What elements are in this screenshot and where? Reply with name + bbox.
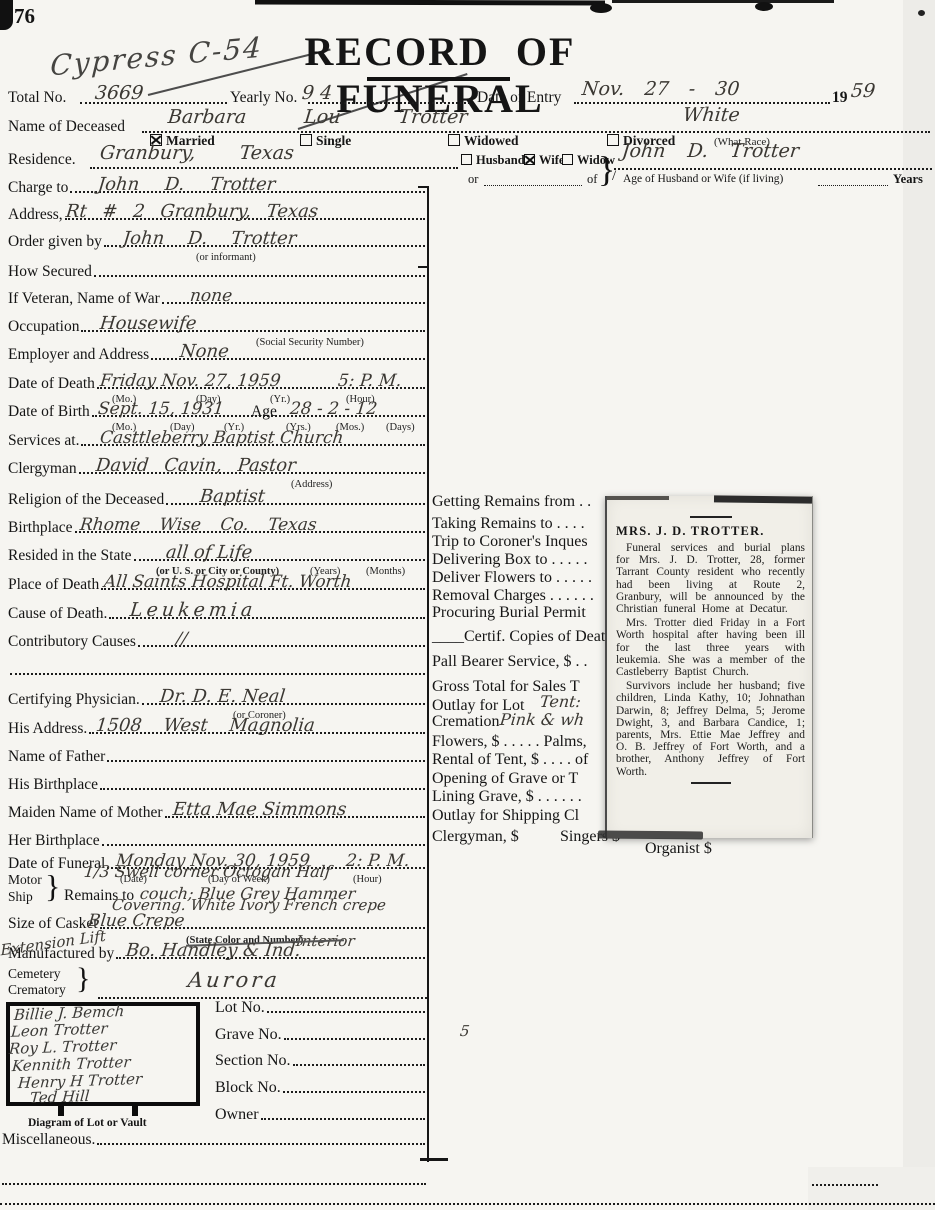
handwritten-hour: 5: P. M. bbox=[337, 371, 403, 391]
field-name-of-father: Name of Father bbox=[8, 745, 427, 766]
clipping-torn-edge bbox=[714, 495, 812, 503]
dotted-line bbox=[293, 1064, 425, 1066]
dotted-line bbox=[818, 185, 888, 186]
midcol-item: Procuring Burial Permit bbox=[432, 604, 586, 622]
field-physician-address: His Address. 1508 West Magnolia bbox=[8, 717, 427, 738]
handwritten-value: Casttleberry Baptist Church bbox=[99, 428, 345, 448]
field-label: Employer and Address bbox=[8, 345, 149, 364]
midcol-item: Rental of Tent, $ . . . . of bbox=[432, 751, 588, 769]
brace: } bbox=[76, 962, 90, 996]
residence-value: Granbury, Texas bbox=[99, 142, 295, 164]
handwritten-value: 1508 West Magnolia bbox=[95, 715, 316, 736]
midcol-item: Removal Charges . . . . . . bbox=[432, 587, 594, 605]
of-label: of bbox=[587, 172, 597, 187]
checkbox-single: Single bbox=[300, 133, 351, 149]
handwritten-value: John D. Trotter bbox=[122, 228, 298, 249]
field-label: Date of Birth bbox=[8, 402, 90, 421]
residence-label: Residence. bbox=[8, 150, 76, 169]
dotted-line bbox=[484, 185, 582, 186]
midcol-item: ____Certif. Copies of Deat bbox=[432, 628, 605, 646]
casket-covering-handwriting: Covering. White Ivory French crepe bbox=[111, 896, 387, 914]
yearly-no-value: 94 bbox=[301, 82, 339, 104]
field-employer: Employer and Address None bbox=[8, 343, 427, 364]
scan-blob bbox=[755, 2, 773, 11]
clipping-paragraph: Mrs. Trotter died Friday in a Fort Worth… bbox=[616, 617, 805, 678]
checkbox-label: Wife bbox=[539, 153, 564, 167]
date-of-entry-value: Nov. 27 - 30 bbox=[581, 78, 741, 100]
dotted-line bbox=[142, 131, 930, 133]
midcol-item: Lining Grave, $ . . . . . . bbox=[432, 788, 582, 806]
handwritten-value: Sept. 15, 1931 bbox=[97, 399, 225, 419]
field-label: Lot No. bbox=[215, 998, 265, 1017]
field-label: Maiden Name of Mother bbox=[8, 803, 163, 822]
rule-foot bbox=[420, 1158, 448, 1161]
column-divider bbox=[427, 186, 429, 1162]
checkbox-husband: Husband bbox=[461, 153, 525, 168]
field-her-birthplace: Her Birthplace bbox=[8, 829, 427, 850]
field-label: Services at. bbox=[8, 431, 79, 450]
handwritten-value: // bbox=[175, 629, 189, 649]
field-contributory-causes: Contributory Causes // bbox=[8, 630, 427, 651]
diagram-leg bbox=[132, 1102, 138, 1116]
checkbox-empty-icon bbox=[461, 154, 472, 165]
field-order-given-by: Order given by John D. Trotter (or infor… bbox=[8, 230, 427, 251]
dotted-line bbox=[107, 760, 425, 762]
clipping-headline: MRS. J. D. TROTTER. bbox=[616, 524, 805, 539]
scan-top-strip bbox=[612, 0, 834, 3]
midcol-item: Pall Bearer Service, $ . . bbox=[432, 653, 588, 671]
age-label: Age bbox=[251, 402, 277, 421]
dotted-line bbox=[102, 844, 425, 846]
dotted-line bbox=[284, 1038, 425, 1040]
race-value: White bbox=[682, 104, 741, 126]
clipping-paragraph: Funeral services and burial plans for Mr… bbox=[616, 542, 805, 615]
or-label: or bbox=[468, 172, 478, 187]
pen-tick: / bbox=[612, 168, 616, 185]
ship-label: Ship bbox=[8, 889, 33, 905]
field-label: Her Birthplace bbox=[8, 831, 100, 850]
field-size-of-casket: Size of Casket Blue Crepe (State Color a… bbox=[8, 912, 427, 933]
dotted-line bbox=[614, 168, 932, 170]
name-of-deceased-label: Name of Deceased bbox=[8, 117, 125, 136]
cemetery-label: Cemetery bbox=[8, 966, 60, 982]
scan-smudge bbox=[598, 831, 703, 840]
crematory-label: Crematory bbox=[8, 982, 66, 998]
motor-label: Motor bbox=[8, 872, 42, 888]
page-number: 76 bbox=[14, 4, 35, 29]
field-maiden-name-of-mother: Maiden Name of Mother Etta Mae Simmons bbox=[8, 801, 427, 822]
field-section-no: Section No. bbox=[215, 1049, 427, 1070]
field-clergyman: Clergyman David Cavin, Pastor (Address) bbox=[8, 457, 427, 478]
checkbox-label: Widowed bbox=[464, 133, 519, 148]
field-address: Address, Rt # 2 Granbury, Texas bbox=[8, 203, 427, 224]
checkbox-checked-icon bbox=[524, 154, 535, 165]
dotted-line bbox=[267, 1011, 425, 1013]
clipping-rule bbox=[691, 782, 731, 784]
grave-no-mark: 5 bbox=[459, 1022, 470, 1040]
field-label: Section No. bbox=[215, 1051, 291, 1070]
handwritten-hour: 2: P. M. bbox=[345, 851, 411, 871]
field-label: Block No. bbox=[215, 1078, 281, 1097]
lot-handwriting: Tent: bbox=[539, 692, 582, 711]
checkbox-wife: Wife bbox=[524, 153, 564, 168]
checkbox-empty-icon bbox=[562, 154, 573, 165]
midcol-item: Taking Remains to . . . . bbox=[432, 515, 585, 533]
field-occupation: Occupation Housewife (Social Security Nu… bbox=[8, 315, 427, 336]
dotted-line bbox=[0, 1203, 935, 1205]
dotted-line bbox=[90, 167, 458, 169]
clipping-rule bbox=[690, 516, 732, 518]
handwritten-value: Baptist bbox=[199, 486, 266, 507]
field-label: Charge to bbox=[8, 178, 68, 197]
field-label: Name of Father bbox=[8, 747, 105, 766]
year-prefix: 19 bbox=[832, 88, 848, 107]
name-of-deceased-value: Barbara Lou Trotter bbox=[167, 106, 469, 128]
handwritten-value: Rhome Wise Co. Texas bbox=[79, 515, 318, 535]
scan-blob bbox=[590, 3, 612, 13]
handwritten-value: Etta Mae Simmons bbox=[172, 799, 348, 820]
clipping-content: MRS. J. D. TROTTER. Funeral services and… bbox=[607, 496, 812, 784]
diagram-name: Ted Hill bbox=[29, 1087, 90, 1107]
handwritten-value: Rt # 2 Granbury, Texas bbox=[65, 201, 319, 222]
age-of-spouse-label: Age of Husband or Wife (if living) bbox=[623, 173, 783, 185]
checkbox-label: Single bbox=[316, 133, 351, 148]
midcol-item: Opening of Grave or T bbox=[432, 770, 578, 788]
field-label: Religion of the Deceased bbox=[8, 490, 164, 509]
field-label: Resided in the State bbox=[8, 546, 132, 565]
field-label: How Secured bbox=[8, 262, 92, 281]
handwritten-value: David Cavin, Pastor bbox=[95, 455, 297, 476]
yearly-no-label: Yearly No. bbox=[230, 88, 297, 107]
field-label: Miscellaneous. bbox=[2, 1130, 95, 1149]
scan-speck bbox=[918, 10, 925, 16]
scan-top-strip bbox=[255, 0, 605, 5]
field-date-of-death: Date of Death Friday Nov. 27, 1959 5: P.… bbox=[8, 372, 427, 393]
field-label: Address, bbox=[8, 205, 63, 224]
checkbox-empty-icon bbox=[448, 134, 460, 146]
midcol-item: Flowers, $ . . . . . Palms, bbox=[432, 733, 587, 751]
handwritten-age: 28 - 2 - 12 bbox=[289, 399, 378, 419]
field-charge-to: Charge to John D. Trotter bbox=[8, 176, 427, 197]
field-grave-no: Grave No. bbox=[215, 1023, 427, 1044]
field-religion: Religion of the Deceased Baptist bbox=[8, 488, 427, 509]
brace: } bbox=[45, 868, 60, 905]
field-label: His Birthplace bbox=[8, 775, 98, 794]
spouse-name-value: John D. Trotter bbox=[621, 140, 800, 162]
field-label: Owner bbox=[215, 1105, 259, 1124]
handwritten-value: none bbox=[189, 286, 233, 306]
handwritten-value: Leukemia bbox=[129, 599, 258, 621]
handwritten-value: Housewife bbox=[99, 313, 198, 334]
midcol-item: Delivering Box to . . . . . bbox=[432, 551, 588, 569]
field-certifying-physician: Certifying Physician. Dr. D. E. Neal (or… bbox=[8, 688, 427, 709]
handwritten-value: all of Life bbox=[165, 542, 253, 563]
checkbox-empty-icon bbox=[300, 134, 312, 146]
field-label: Grave No. bbox=[215, 1025, 282, 1044]
checkbox-widowed: Widowed bbox=[448, 133, 519, 149]
midcol-item: Deliver Flowers to . . . . . bbox=[432, 569, 592, 587]
dotted-line bbox=[283, 1091, 425, 1093]
handwritten-value: None bbox=[179, 341, 230, 362]
total-no-value: 3669 bbox=[94, 82, 145, 104]
midcol-item: Getting Remains from . . bbox=[432, 493, 591, 511]
field-birthplace: Birthplace Rhome Wise Co. Texas bbox=[8, 516, 427, 537]
dotted-line bbox=[10, 673, 425, 675]
field-label: Certifying Physician. bbox=[8, 690, 140, 709]
field-label: Place of Death bbox=[8, 575, 99, 594]
field-owner: Owner bbox=[215, 1103, 427, 1124]
year-value: 59 bbox=[850, 80, 876, 102]
handwritten-value: Dr. D. E. Neal bbox=[159, 686, 286, 707]
midcol-fragment-organist: Organist $ bbox=[645, 840, 712, 858]
midcol-item: Outlay for Shipping Cl bbox=[432, 807, 579, 825]
dotted-line bbox=[2, 1183, 426, 1185]
funeral-record-scan: 76 Cypress C-54 RECORD OF FUNERAL Total … bbox=[0, 0, 935, 1210]
checkbox-label: Husband bbox=[476, 153, 525, 167]
field-label: Clergyman bbox=[8, 459, 77, 478]
field-sublabel: (Hour) bbox=[353, 874, 382, 885]
field-label: Date of Death bbox=[8, 374, 95, 393]
field-label: Occupation bbox=[8, 317, 79, 336]
field-date-of-birth: Date of Birth Sept. 15, 1931 Age 28 - 2 … bbox=[8, 400, 427, 421]
field-how-secured: How Secured bbox=[8, 260, 427, 281]
field-services-at: Services at. Casttleberry Baptist Church bbox=[8, 429, 427, 450]
field-label: Contributory Causes bbox=[8, 632, 136, 651]
field-label: Birthplace bbox=[8, 518, 73, 537]
field-his-birthplace: His Birthplace bbox=[8, 773, 427, 794]
handwritten-value: All Saints Hospital Ft. Worth bbox=[103, 572, 353, 592]
cemetery-value: Aurora bbox=[187, 968, 281, 992]
field-miscellaneous: Miscellaneous. bbox=[2, 1128, 427, 1149]
field-lot-no: Lot No. bbox=[215, 996, 427, 1017]
field-label: His Address. bbox=[8, 719, 87, 738]
newspaper-clipping: MRS. J. D. TROTTER. Funeral services and… bbox=[605, 496, 813, 838]
field-label: If Veteran, Name of War bbox=[8, 289, 160, 308]
years-label: Years bbox=[893, 172, 923, 187]
cremation-handwriting: Pink & wh bbox=[499, 710, 585, 729]
dotted-line bbox=[100, 788, 425, 790]
scan-corner-mark bbox=[0, 0, 13, 30]
dotted-line bbox=[94, 275, 425, 277]
midcol-fragment-clergyman: Clergyman, $ bbox=[432, 828, 519, 846]
dotted-line bbox=[261, 1118, 425, 1120]
clipping-torn-edge bbox=[607, 496, 669, 500]
field-label: Cause of Death. bbox=[8, 604, 107, 623]
date-of-entry-label: Date of Entry bbox=[477, 88, 561, 107]
total-no-label: Total No. bbox=[8, 88, 66, 107]
remains-handwriting-line1: 1/3 Swell corner Octogan Half bbox=[83, 862, 332, 881]
checkbox-empty-icon bbox=[607, 134, 619, 146]
dotted-line bbox=[97, 1143, 425, 1145]
field-label: Order given by bbox=[8, 232, 102, 251]
title-underline bbox=[367, 77, 510, 81]
midcol-item: Cremation bbox=[432, 713, 500, 731]
handwritten-value: John D. Trotter bbox=[97, 174, 277, 195]
handwritten-value: Friday Nov. 27, 1959 bbox=[99, 371, 282, 391]
field-veteran: If Veteran, Name of War none bbox=[8, 287, 427, 308]
dotted-line bbox=[812, 1184, 878, 1186]
midcol-item: Trip to Coroner's Inques bbox=[432, 533, 588, 551]
field-place-of-death: Place of Death All Saints Hospital Ft. W… bbox=[8, 573, 427, 594]
field-block-no: Block No. bbox=[215, 1076, 427, 1097]
clipping-paragraph: Survivors include her husband; five chil… bbox=[616, 680, 805, 778]
field-cause-of-death: Cause of Death. Leukemia bbox=[8, 602, 427, 623]
handwritten-value: Bo. Handley & Ind. bbox=[125, 940, 302, 961]
blank-dotted-row bbox=[8, 658, 427, 679]
field-resided-in-state: Resided in the State all of Life (or U. … bbox=[8, 544, 427, 565]
